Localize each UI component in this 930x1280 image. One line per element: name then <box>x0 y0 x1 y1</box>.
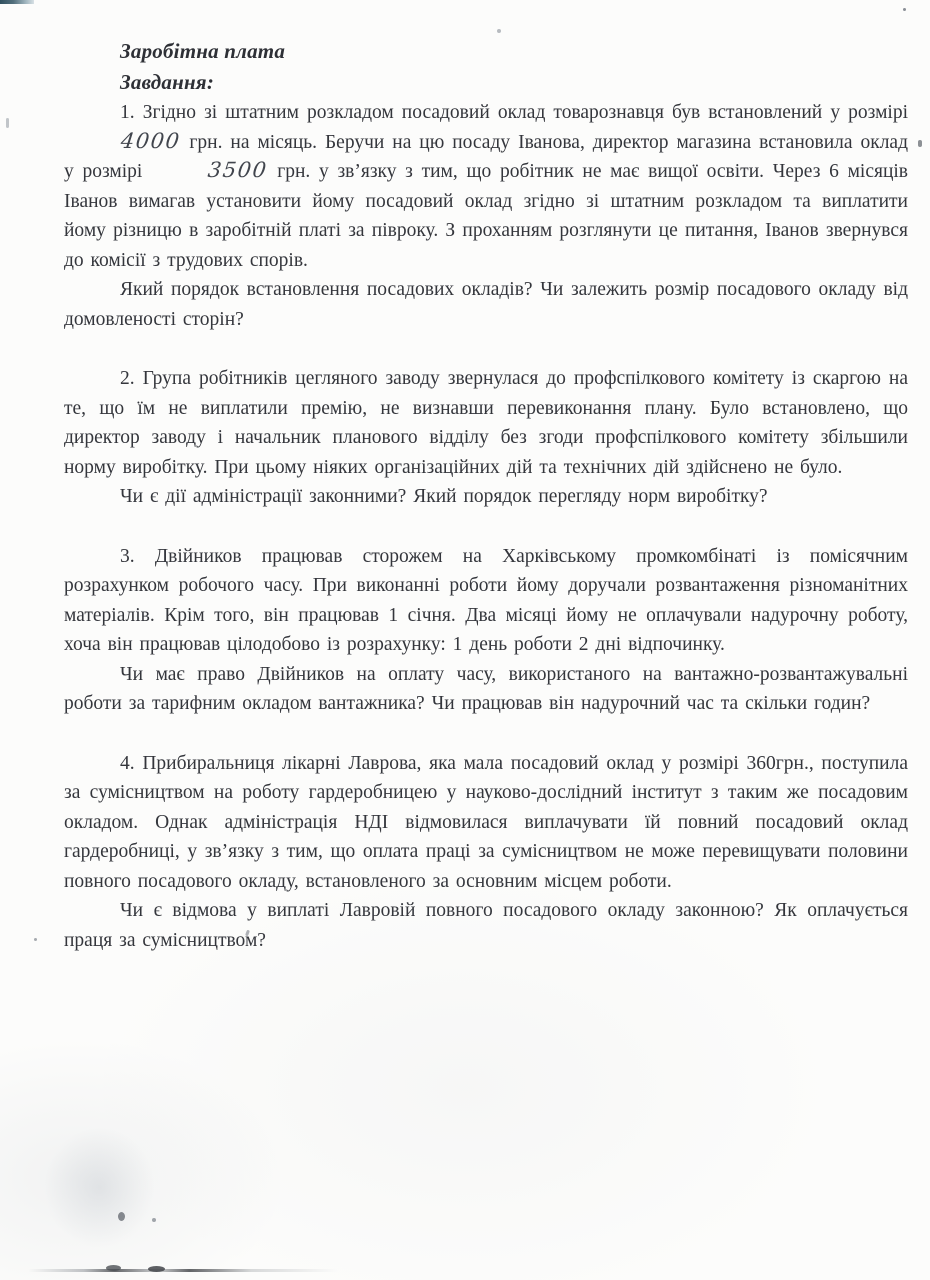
handwritten-amount-2: 3500 <box>150 161 270 179</box>
scan-speck <box>118 1212 125 1221</box>
scan-speck <box>34 938 37 941</box>
task-2-body: 2. Група робітників цегляного заводу зве… <box>64 364 908 482</box>
scan-smudge-blob <box>106 1265 121 1271</box>
document-title: Заробітна плата <box>120 38 908 65</box>
task-1-text-1: Згідно зі штатним розкладом посадовий ок… <box>143 102 908 123</box>
document-subtitle: Завдання: <box>120 69 908 96</box>
task-4-text: Прибиральниця лікарні Лаврова, яка мала … <box>64 753 908 892</box>
task-3-text: Двійников працював сторожем на Харківськ… <box>64 546 908 656</box>
task-1-number: 1. <box>120 102 135 123</box>
scanned-document-page: Заробітна плата Завдання: 1. Згідно зі ш… <box>0 0 930 1280</box>
document-content: Заробітна плата Завдання: 1. Згідно зі ш… <box>64 38 908 955</box>
task-2-text: Група робітників цегляного заводу зверну… <box>64 368 908 478</box>
task-4: 4. Прибиральниця лікарні Лаврова, яка ма… <box>64 749 908 956</box>
task-4-number: 4. <box>120 753 135 774</box>
task-3-question: Чи має право Двійников на оплату часу, в… <box>64 660 908 719</box>
scan-speck <box>497 29 501 33</box>
task-2-question: Чи є дії адміністрації законними? Який п… <box>64 482 908 512</box>
task-3-number: 3. <box>120 546 135 567</box>
task-4-body: 4. Прибиральниця лікарні Лаврова, яка ма… <box>64 749 908 897</box>
task-3: 3. Двійников працював сторожем на Харків… <box>64 542 908 719</box>
scan-smudge-line <box>28 1269 338 1272</box>
task-1-question: Який порядок встановлення посадових окла… <box>64 275 908 334</box>
task-3-body: 3. Двійников працював сторожем на Харків… <box>64 542 908 660</box>
task-2: 2. Група робітників цегляного заводу зве… <box>64 364 908 512</box>
scan-blotch <box>42 1125 157 1250</box>
scan-speck <box>152 1218 156 1222</box>
scan-smudge-blob <box>148 1266 165 1272</box>
task-1: 1. Згідно зі штатним розкладом посадовий… <box>64 98 908 334</box>
scan-speck <box>903 8 906 11</box>
task-1-body: 1. Згідно зі штатним розкладом посадовий… <box>64 98 908 275</box>
scan-speck <box>918 140 922 147</box>
scan-artifact-top-strip <box>0 0 34 4</box>
handwritten-amount-1: 4000 <box>63 132 183 150</box>
task-2-number: 2. <box>120 368 135 389</box>
task-4-question: Чи є відмова у виплаті Лавровій повного … <box>64 896 908 955</box>
scan-speck <box>6 118 9 128</box>
